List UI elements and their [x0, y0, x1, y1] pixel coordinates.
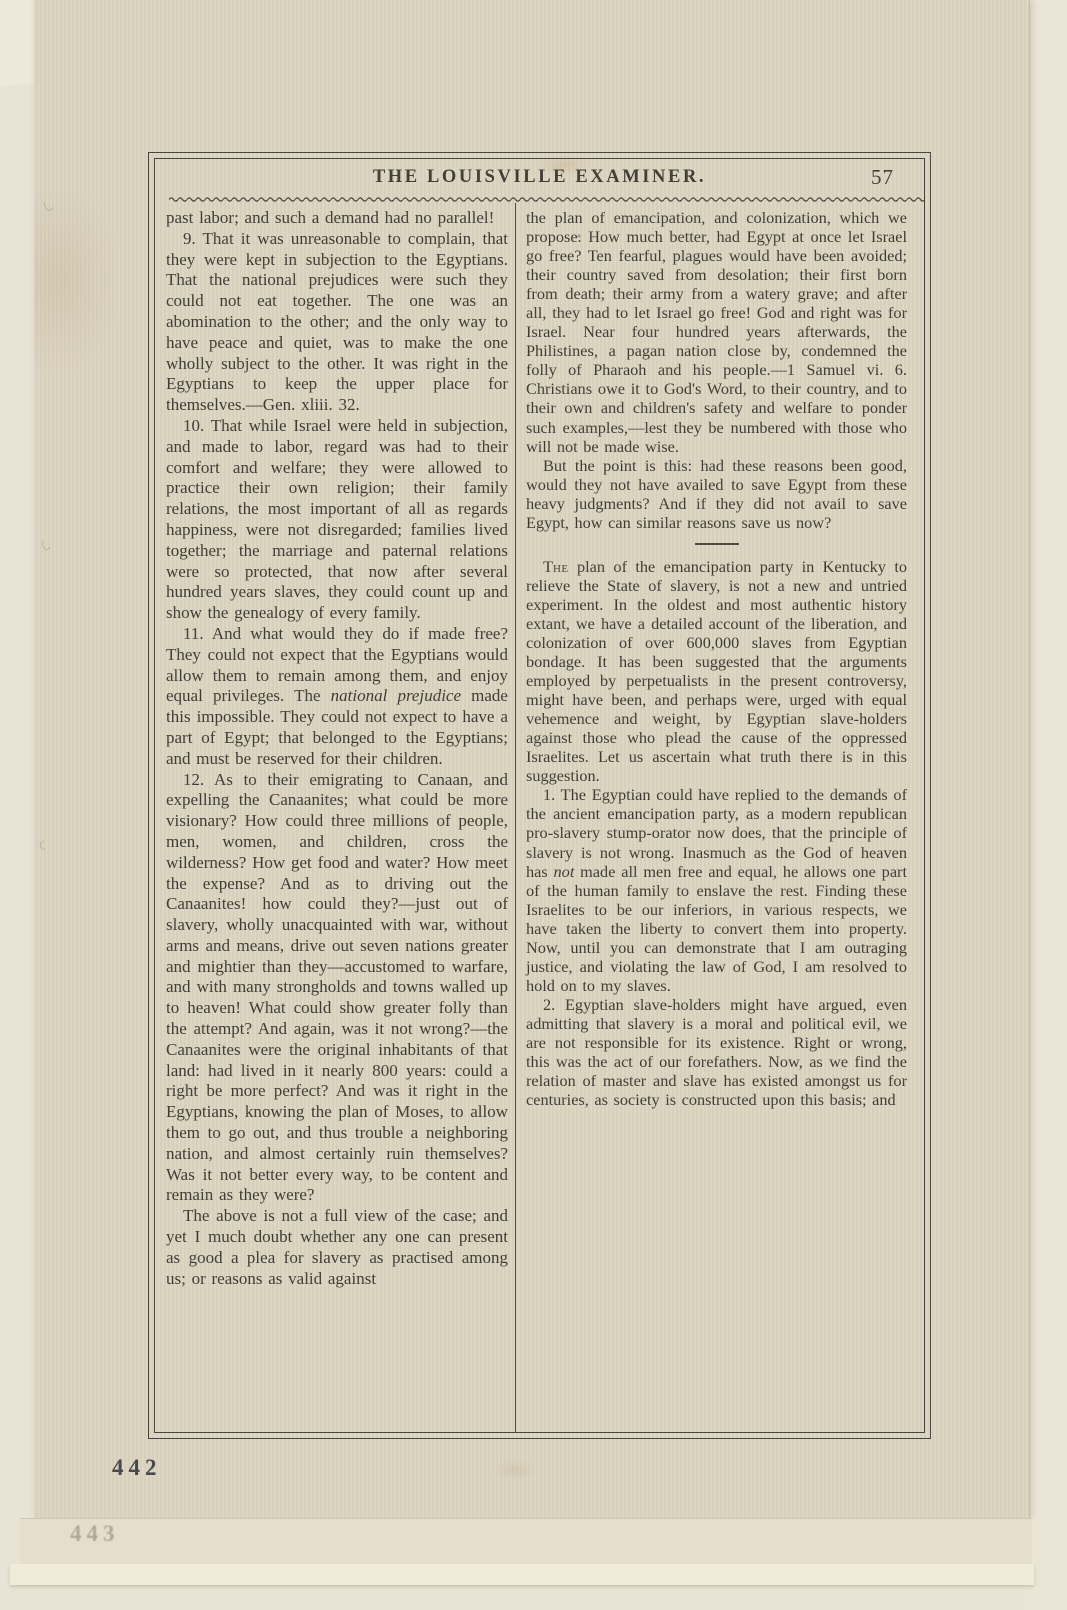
book-scan: THE LOUISVILLE EXAMINER. 57 past labor; … — [0, 0, 1067, 1610]
article-divider-rule — [695, 543, 739, 545]
masthead-title: THE LOUISVILLE EXAMINER. — [155, 167, 924, 188]
paragraph: The plan of the emancipation party in Ke… — [526, 557, 907, 786]
paragraph: But the point is this: had these reasons… — [526, 456, 907, 532]
text-frame: THE LOUISVILLE EXAMINER. 57 past labor; … — [148, 152, 931, 1439]
paragraph: 12. As to their emigrating to Canaan, an… — [166, 770, 508, 1207]
margin-mark — [38, 838, 52, 852]
paragraph: 10. That while Israel were held in subje… — [166, 416, 508, 624]
leaf-number: 442 — [112, 1455, 162, 1481]
paragraph: The above is not a full view of the case… — [166, 1206, 508, 1289]
paragraph: 1. The Egyptian could have replied to th… — [526, 785, 907, 995]
margin-mark — [42, 197, 56, 213]
text-columns: past labor; and such a demand had no par… — [155, 203, 924, 1432]
paragraph: 11. And what would they do if made free?… — [166, 624, 508, 770]
page-stack-edge — [10, 1564, 1034, 1585]
paragraph: the plan of emancipation, and colonizati… — [526, 208, 907, 456]
margin-mark — [41, 537, 53, 551]
paragraph: past labor; and such a demand had no par… — [166, 208, 508, 229]
text-frame-inner: THE LOUISVILLE EXAMINER. 57 past labor; … — [154, 158, 925, 1433]
paragraph: 2. Egyptian slave-holders might have arg… — [526, 995, 907, 1109]
page-number: 57 — [871, 165, 894, 190]
paragraph: 9. That it was unreasonable to complain,… — [166, 229, 508, 416]
wavy-rule — [169, 195, 924, 203]
next-page-edge: 443 — [20, 1518, 1032, 1564]
page-header: THE LOUISVILLE EXAMINER. 57 — [155, 159, 924, 195]
right-column: the plan of emancipation, and colonizati… — [515, 203, 924, 1432]
next-leaf-number: 443 — [70, 1521, 120, 1547]
newspaper-page: THE LOUISVILLE EXAMINER. 57 past labor; … — [34, 0, 1030, 1518]
left-column: past labor; and such a demand had no par… — [155, 203, 515, 1432]
scan-background — [1025, 0, 1067, 1610]
